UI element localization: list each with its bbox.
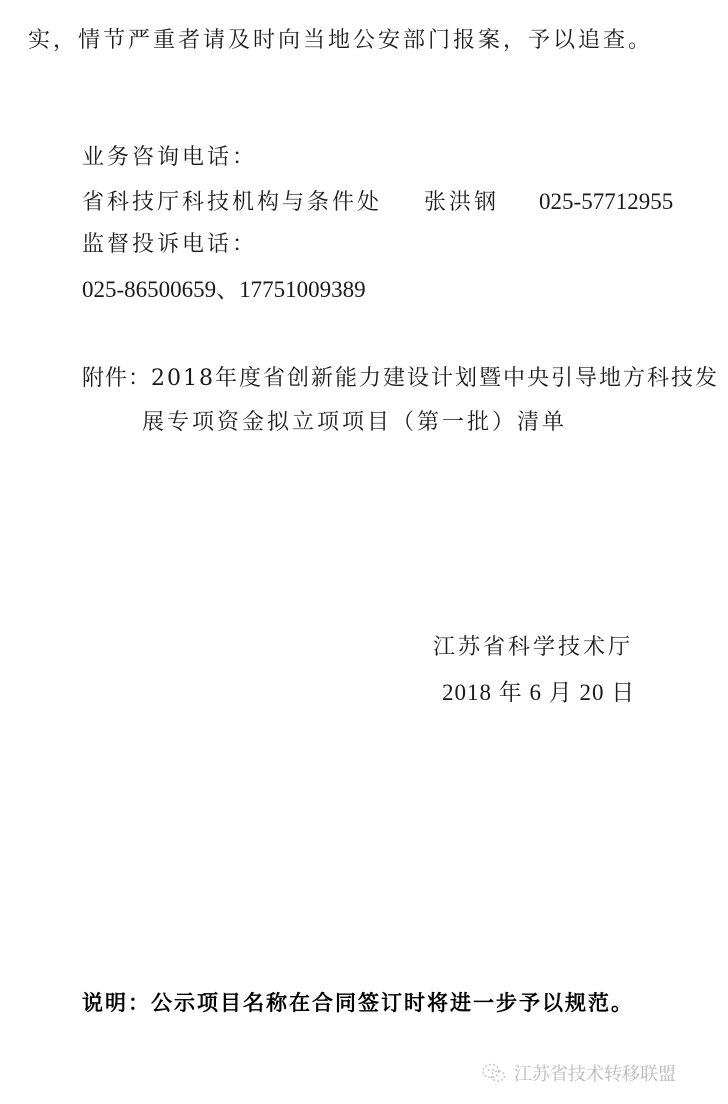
attachment-title-part-1: 2018年度省创新能力建设计划暨中央引导地方科技发 [151, 366, 719, 391]
business-department: 省科技厅科技机构与条件处 [82, 190, 382, 215]
paragraph-tail: 实，情节严重者请及时向当地公安部门报案，予以追查。 [28, 30, 653, 52]
complaint-label: 监督投诉电话： [82, 234, 257, 256]
wechat-icon [482, 1062, 506, 1084]
signing-organization: 江苏省科学技术厅 [433, 637, 633, 659]
watermark: 江苏省技术转移联盟 [482, 1060, 676, 1086]
watermark-text: 江苏省技术转移联盟 [514, 1060, 676, 1086]
signing-date: 2018 年 6 月 20 日 [442, 681, 635, 704]
note-text: 说明：公示项目名称在合同签订时将进一步予以规范。 [82, 993, 634, 1014]
business-phone: 025-57712955 [539, 189, 673, 214]
business-contact-person: 张洪钢 [424, 190, 499, 215]
complaint-phones: 025-86500659、17751009389 [82, 278, 366, 301]
attachment-prefix: 附件： [82, 366, 151, 391]
business-contact-line: 省科技厅科技机构与条件处 张洪钢 025-57712955 [82, 190, 673, 214]
business-inquiry-label: 业务咨询电话： [82, 147, 257, 169]
attachment-title-part-2: 展专项资金拟立项项目（第一批）清单 [142, 412, 567, 434]
attachment-line-1: 附件：2018年度省创新能力建设计划暨中央引导地方科技发 [82, 368, 719, 390]
